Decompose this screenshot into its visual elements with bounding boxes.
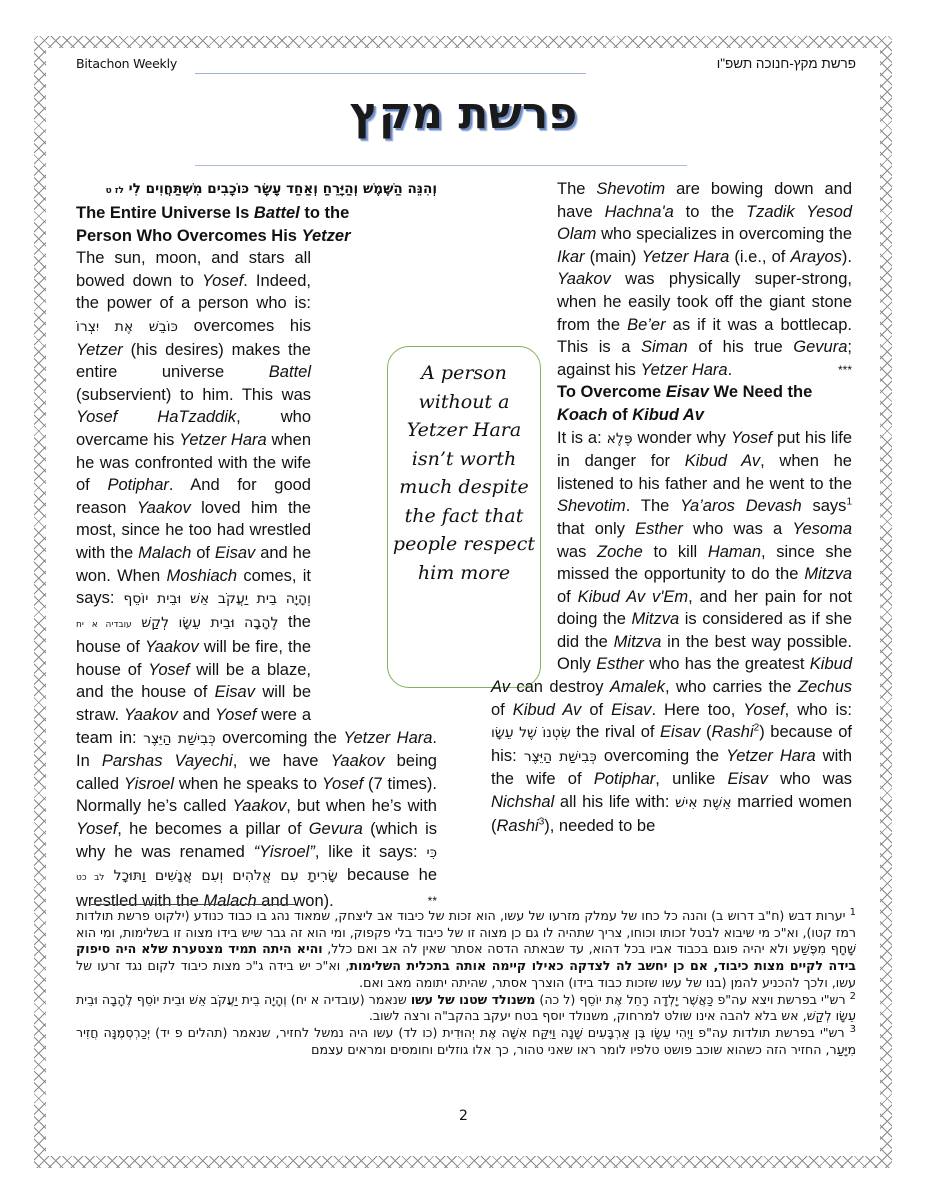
- section-end-mark: ***: [838, 359, 852, 382]
- page-title: פרשת מקץ: [0, 88, 927, 139]
- right-body-text-1: The Shevotim are bowing down and have Ha…: [491, 178, 852, 381]
- left-body-text: The sun, moon, and stars all bowed down …: [76, 247, 437, 912]
- opening-verse: וְהִנֵּה הַשֶּׁמֶשׁ וְהַיָּרֵחַ וְאַחַד …: [76, 178, 437, 202]
- callout-spacer: [317, 370, 437, 716]
- section-heading-1: The Entire Universe Is Battel to thePers…: [76, 202, 437, 247]
- footnote-separator: [91, 904, 296, 905]
- footnote-1: 1 יערות דבש (ח"ב דרוש ב) והנה כל כחו של …: [76, 908, 856, 992]
- verse-reference: לז ט: [106, 186, 124, 196]
- right-column: The Shevotim are bowing down and have Ha…: [491, 178, 852, 837]
- newsletter-name: Bitachon Weekly: [76, 56, 177, 71]
- parsha-date: פרשת מקץ-חנוכה תשפ"ו: [717, 56, 856, 71]
- callout-spacer: [491, 336, 551, 668]
- title-rule: [195, 165, 687, 166]
- page-number: 2: [0, 1108, 927, 1124]
- footnote-3: 3 רש"י בפרשת תולדות עה"פ וַיְהִי עֵשָׂו …: [76, 1025, 856, 1058]
- footnote-2: 2 רש"י בפרשת ויצא עה"פ כַּאֲשֶׁר יָלְדָה…: [76, 992, 856, 1025]
- page-header: Bitachon Weekly פרשת מקץ-חנוכה תשפ"ו: [76, 56, 856, 76]
- header-rule: [195, 73, 586, 74]
- footnote-ref-1[interactable]: 1: [846, 497, 852, 508]
- footnotes: 1 יערות דבש (ח"ב דרוש ב) והנה כל כחו של …: [76, 908, 856, 1058]
- left-column: וְהִנֵּה הַשֶּׁמֶשׁ וְהַיָּרֵחַ וְאַחַד …: [76, 178, 437, 912]
